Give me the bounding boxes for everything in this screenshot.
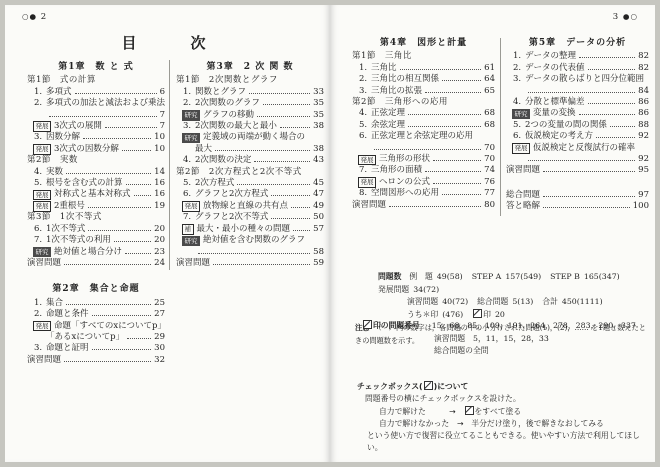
entry-page-number: 35 bbox=[313, 110, 324, 121]
stat-name: 発展問題 bbox=[378, 285, 409, 294]
entry-page-number: 92 bbox=[638, 154, 649, 165]
entry-page-number: 59 bbox=[313, 258, 324, 269]
toc-entry: 3.因数分解10 bbox=[27, 132, 165, 143]
toc-entry: 2.多項式の加法と減法および乗法7 bbox=[27, 98, 165, 121]
stat-item: 合計450(1111) bbox=[542, 297, 602, 306]
dot-leader bbox=[257, 116, 310, 117]
checkbox-pen-icon bbox=[473, 309, 482, 318]
entry-title: 1次不等式の利用 bbox=[46, 235, 111, 246]
entry-title: データの散らばりと四分位範囲 bbox=[525, 74, 644, 85]
marked-label: 印の問題番号 bbox=[373, 321, 420, 330]
toc-entry: 5.2次方程式45 bbox=[176, 178, 324, 189]
dot-leader bbox=[105, 127, 157, 128]
toc-entry: 発展ヘロンの公式76 bbox=[352, 177, 495, 188]
toc-entry: 発展放物線と直線の共有点49 bbox=[176, 201, 324, 212]
checkbox-pen-icon bbox=[465, 406, 474, 415]
entry-page-number: 82 bbox=[638, 63, 649, 74]
entry-page-number: 95 bbox=[638, 165, 649, 176]
stat-value: 40(72) bbox=[442, 297, 468, 306]
stat-item: 例 題49(58) bbox=[409, 272, 462, 281]
dot-leader bbox=[579, 114, 636, 115]
stat-name: 例 題 bbox=[409, 272, 432, 281]
entry-number: 7. bbox=[27, 235, 46, 246]
toc-entry: 発展3次式の因数分解10 bbox=[27, 144, 165, 155]
entry-title: 関数とグラフ bbox=[195, 87, 246, 98]
dot-leader bbox=[254, 161, 310, 162]
dot-leader bbox=[543, 171, 635, 172]
entry-page-number: 23 bbox=[154, 247, 165, 258]
dot-leader bbox=[88, 207, 151, 208]
entry-title: 絶対値を含む関数のグラフ bbox=[203, 235, 305, 246]
entry-title: グラフと2次方程式 bbox=[195, 189, 268, 200]
toc-entry: 3.データの散らばりと四分位範囲84 bbox=[506, 74, 649, 97]
entry-title: 空間図形への応用 bbox=[371, 188, 439, 199]
toc-entry: 3.2次関数の最大と最小38 bbox=[176, 121, 324, 132]
dot-leader bbox=[263, 104, 310, 105]
label-badge: 研究 bbox=[182, 236, 200, 247]
toc-entry: 1.三角比61 bbox=[352, 63, 495, 74]
entry-title: データの整理 bbox=[525, 51, 576, 62]
entry-title: 根号を含む式の計算 bbox=[46, 178, 123, 189]
entry-page-number: 68 bbox=[484, 120, 495, 131]
column-divider bbox=[500, 38, 501, 216]
toc-column-1: 第1章 数 と 式第1節 式の計算1.多項式62.多項式の加法と減法および乗法7… bbox=[27, 60, 165, 366]
stat-name: STEP B bbox=[550, 272, 580, 281]
stat-name: 総合問題 bbox=[477, 297, 508, 306]
entry-number: 2. bbox=[27, 98, 46, 109]
entry-page-number: 10 bbox=[154, 144, 165, 155]
entry-page-number: 88 bbox=[638, 120, 649, 131]
dot-leader bbox=[543, 196, 635, 197]
entry-title: 絶対値と場合分け bbox=[54, 247, 122, 258]
section-heading: 第1節 式の計算 bbox=[27, 75, 165, 86]
section-heading: 第2節 2次方程式と2次不等式 bbox=[176, 167, 324, 178]
toc-entry: 6.グラフと2次方程式47 bbox=[176, 189, 324, 200]
entry-title: 命題「すべてのxについてp」 bbox=[54, 321, 166, 332]
stat-value: 34(72) bbox=[413, 285, 439, 294]
toc-entry: 4.正弦定理68 bbox=[352, 108, 495, 119]
toc-entry: 発展命題「すべてのxについてp」「あるxについてp」29 bbox=[27, 321, 165, 344]
section-heading: 第3節 1次不等式 bbox=[27, 212, 165, 223]
toc-entry: 1.多項式6 bbox=[27, 87, 165, 98]
dot-leader bbox=[408, 126, 481, 127]
stat-value: 450(1111) bbox=[562, 297, 603, 306]
entry-number: 2. bbox=[27, 309, 46, 320]
entry-page-number: 86 bbox=[638, 108, 649, 119]
dot-leader bbox=[596, 137, 635, 138]
entry-number: 5. bbox=[352, 120, 371, 131]
marked-numbers: 15，68，85，109，191，264，278，283，290，337 bbox=[432, 321, 636, 330]
toc-entry: 6.1次不等式20 bbox=[27, 224, 165, 235]
label-badge: 発展 bbox=[33, 144, 51, 155]
entry-title-continued: 「あるxについてp」 bbox=[46, 332, 124, 343]
toc-entry: 4.実数14 bbox=[27, 167, 165, 178]
toc-entry: 6.仮説検定の考え方92 bbox=[506, 131, 649, 142]
entry-number: 3. bbox=[352, 86, 371, 97]
dot-leader bbox=[588, 103, 636, 104]
chapter-heading: 第5章 データの分析 bbox=[506, 38, 649, 49]
toc-entry: 5.余弦定理68 bbox=[352, 120, 495, 131]
entry-title: 分散と標準偏差 bbox=[525, 97, 585, 108]
entry-title: 3次式の因数分解 bbox=[54, 144, 119, 155]
entry-number: 4. bbox=[27, 167, 46, 178]
dot-leader bbox=[291, 207, 310, 208]
dot-leader bbox=[425, 171, 481, 172]
label-badge: 発展 bbox=[33, 121, 51, 132]
entry-number: 1. bbox=[27, 298, 46, 309]
dot-leader bbox=[425, 92, 481, 93]
entry-page-number: 20 bbox=[154, 224, 165, 235]
entry-title: 演習問題 bbox=[352, 200, 386, 211]
entry-number: 3. bbox=[176, 121, 195, 132]
entry-page-number: 16 bbox=[154, 178, 165, 189]
page-number-right: 3 bbox=[613, 12, 619, 22]
entry-title: 演習問題 bbox=[27, 355, 61, 366]
entry-title: 演習問題 bbox=[506, 165, 540, 176]
page-header-right: 3 ●○ bbox=[613, 12, 638, 22]
entry-page-number: 47 bbox=[313, 189, 324, 200]
toc-entry: 2.命題と条件27 bbox=[27, 309, 165, 320]
entry-title: 三角比の拡張 bbox=[371, 86, 422, 97]
entry-page-number: 61 bbox=[484, 63, 495, 74]
dot-leader bbox=[293, 230, 310, 231]
label-badge: 発展 bbox=[358, 155, 376, 166]
checkbox-note-line-3: 自力で解けなかった → 半分だけ塗り，後で解きなおしてみる bbox=[357, 418, 647, 430]
toc-entry: 発展2重根号19 bbox=[27, 201, 165, 212]
toc-entry: 発展仮説検定と反復試行の確率92 bbox=[506, 143, 649, 166]
label-badge: 発展 bbox=[33, 201, 51, 212]
toc-entry: 2.三角比の相互関係64 bbox=[352, 74, 495, 85]
entry-title: 定義域の両端が動く場合の bbox=[203, 132, 305, 143]
entry-title: 3次式の展開 bbox=[54, 121, 102, 132]
label-badge: 研究 bbox=[512, 109, 530, 120]
toc-entry: 演習問題59 bbox=[176, 258, 324, 269]
stat-name: 印 bbox=[483, 310, 491, 319]
entry-page-number: 65 bbox=[484, 86, 495, 97]
section-heading: 第2節 実数 bbox=[27, 155, 165, 166]
entry-number: 1. bbox=[176, 87, 195, 98]
toc-entry: 5.根号を含む式の計算16 bbox=[27, 178, 165, 189]
dot-leader bbox=[528, 160, 635, 161]
label-badge: 発展 bbox=[33, 190, 51, 201]
entry-title: 演習問題 bbox=[27, 258, 61, 269]
dot-leader bbox=[433, 160, 481, 161]
entry-number: 3. bbox=[506, 74, 525, 85]
dot-leader bbox=[75, 93, 157, 94]
dot-leader bbox=[442, 194, 481, 195]
entry-number: 1. bbox=[27, 87, 46, 98]
label-badge: 補 bbox=[182, 224, 194, 235]
checkbox-note-line-2: 自力で解けた → をすべて塗る bbox=[357, 406, 647, 418]
entry-title: 2次関数の最大と最小 bbox=[195, 121, 277, 132]
toc-entry: 7.グラフと2次不等式50 bbox=[176, 212, 324, 223]
entry-page-number: 70 bbox=[484, 154, 495, 165]
toc-entry: 1.関数とグラフ33 bbox=[176, 87, 324, 98]
entry-title: 1次不等式 bbox=[46, 224, 85, 235]
entry-title: 命題と証明 bbox=[46, 343, 89, 354]
entry-number: 1. bbox=[352, 63, 371, 74]
entry-number: 3. bbox=[27, 132, 46, 143]
entry-page-number: 20 bbox=[154, 235, 165, 246]
dot-leader bbox=[442, 80, 481, 81]
marked-line-2: 演習問題 5，11，15，28，33 bbox=[362, 333, 647, 346]
entry-title: 余弦定理 bbox=[371, 120, 405, 131]
stat-item: 演習問題40(72) bbox=[407, 297, 468, 306]
dot-leader bbox=[579, 57, 635, 58]
entry-page-number: 35 bbox=[313, 98, 324, 109]
entry-page-number: 80 bbox=[484, 200, 495, 211]
stat-item: 発展問題34(72) bbox=[378, 285, 439, 294]
toc-entry: 総合問題97 bbox=[506, 190, 649, 201]
entry-title: 仮説検定と反復試行の確率 bbox=[533, 143, 635, 154]
stat-name: STEP A bbox=[472, 272, 502, 281]
entry-title: グラフと2次不等式 bbox=[195, 212, 268, 223]
toc-entry: 研究変量の変換86 bbox=[506, 108, 649, 119]
entry-number: 7. bbox=[176, 212, 195, 223]
entry-title: 放物線と直線の共有点 bbox=[203, 201, 288, 212]
toc-entry: 7.三角形の面積74 bbox=[352, 165, 495, 176]
entry-page-number: 45 bbox=[313, 178, 324, 189]
entry-page-number: 97 bbox=[638, 190, 649, 201]
dot-leader bbox=[114, 241, 151, 242]
dot-leader bbox=[66, 173, 151, 174]
chapter-heading: 第2章 集合と命題 bbox=[27, 284, 165, 295]
entry-number: 2. bbox=[176, 98, 195, 109]
entry-page-number: 7 bbox=[160, 121, 165, 132]
dot-leader bbox=[237, 184, 310, 185]
entry-title: 因数分解 bbox=[46, 132, 80, 143]
stats-label: 問題数 bbox=[378, 272, 401, 281]
toc-entry: 演習問題80 bbox=[352, 200, 495, 211]
toc-entry: 5.2つの変量の間の関係88 bbox=[506, 120, 649, 131]
entry-page-number: 7 bbox=[160, 110, 165, 121]
entry-title: 仮説検定の考え方 bbox=[525, 131, 593, 142]
entry-page-number: 25 bbox=[154, 298, 165, 309]
entry-page-number: 38 bbox=[313, 121, 324, 132]
entry-title: 2つの変量の間の関係 bbox=[525, 120, 607, 131]
toc-entry: 補最大・最小の種々の問題57 bbox=[176, 224, 324, 235]
chapter-heading: 第1章 数 と 式 bbox=[27, 62, 165, 73]
entry-page-number: 57 bbox=[313, 224, 324, 235]
entry-title: 集合 bbox=[46, 298, 63, 309]
entry-title: 三角比 bbox=[371, 63, 397, 74]
entry-title: 演習問題 bbox=[176, 258, 210, 269]
stats-row-2: 演習問題40(72)総合問題5(13)合計450(1111)うち＊印(476)印… bbox=[355, 296, 647, 321]
dot-leader bbox=[408, 114, 481, 115]
entry-page-number: 49 bbox=[313, 201, 324, 212]
entry-number: 7. bbox=[352, 165, 371, 176]
stat-name: うち＊印 bbox=[407, 310, 438, 319]
entry-title: 三角形の面積 bbox=[371, 165, 422, 176]
entry-title: ヘロンの公式 bbox=[379, 177, 430, 188]
toc-column-3: 第4章 図形と計量第1節 三角比1.三角比612.三角比の相互関係643.三角比… bbox=[352, 36, 495, 211]
toc-entry: 8.空間図形への応用77 bbox=[352, 188, 495, 199]
dot-leader bbox=[543, 207, 630, 208]
toc-entry: 演習問題24 bbox=[27, 258, 165, 269]
dot-leader bbox=[374, 149, 481, 150]
dot-leader bbox=[125, 253, 151, 254]
entry-page-number: 33 bbox=[313, 87, 324, 98]
stat-item: うち＊印(476) bbox=[407, 310, 463, 319]
book-spread: ○● 2 3 ●○ 目 次 第1章 数 と 式第1節 式の計算1.多項式62.多… bbox=[0, 0, 660, 467]
entry-number: 5. bbox=[506, 120, 525, 131]
dot-leader bbox=[198, 253, 310, 254]
entry-page-number: 76 bbox=[484, 177, 495, 188]
dot-leader bbox=[66, 304, 151, 305]
page-number-left: 2 bbox=[41, 12, 47, 22]
marked-problems: 印の問題番号15，68，85，109，191，264，278，283，290，3… bbox=[362, 320, 647, 358]
entry-number: 3. bbox=[27, 343, 46, 354]
toc-entry: 発展対称式と基本対称式16 bbox=[27, 189, 165, 200]
page-marker-icons: ●○ bbox=[623, 12, 638, 21]
entry-title: 総合問題 bbox=[506, 190, 540, 201]
stat-name: 合計 bbox=[542, 297, 558, 306]
dot-leader bbox=[400, 69, 482, 70]
toc-entry: 7.1次不等式の利用20 bbox=[27, 235, 165, 246]
toc-entry: 研究グラフの移動35 bbox=[176, 110, 324, 121]
label-badge: 研究 bbox=[182, 110, 200, 121]
entry-page-number: 64 bbox=[484, 74, 495, 85]
dot-leader bbox=[271, 195, 310, 196]
entry-number: 4. bbox=[176, 155, 195, 166]
entry-page-number: 74 bbox=[484, 165, 495, 176]
dot-leader bbox=[64, 264, 151, 265]
section-heading: 第2節 三角形への応用 bbox=[352, 97, 495, 108]
toc-column-4: 第5章 データの分析1.データの整理822.データの代表値823.データの散らば… bbox=[506, 36, 649, 213]
dot-leader bbox=[280, 127, 310, 128]
checkbox-note-line-4: という使い方で復習に役立てることもできる。使いやすい方法で利用してほしい。 bbox=[357, 430, 647, 455]
entry-number: 2. bbox=[506, 63, 525, 74]
label-badge: 研究 bbox=[182, 133, 200, 144]
label-badge: 発展 bbox=[33, 321, 51, 332]
toc-entry: 1.集合25 bbox=[27, 298, 165, 309]
stat-item: 印20 bbox=[472, 310, 505, 319]
checkbox-note: チェックボックス()について 問題番号の横にチェックボックスを設けた。 自力で解… bbox=[357, 381, 647, 455]
stats-row-1: 問題数例 題49(58)STEP A157(549)STEP B165(347)… bbox=[355, 271, 647, 296]
dot-leader bbox=[249, 93, 310, 94]
entry-page-number: 19 bbox=[154, 201, 165, 212]
entry-title: 三角比の相互関係 bbox=[371, 74, 439, 85]
entry-page-number: 27 bbox=[154, 309, 165, 320]
label-badge: 発展 bbox=[358, 177, 376, 188]
entry-page-number: 86 bbox=[638, 97, 649, 108]
entry-page-number: 50 bbox=[313, 212, 324, 223]
dot-leader bbox=[528, 92, 635, 93]
checkbox-note-title: チェックボックス()について bbox=[357, 381, 647, 393]
dot-leader bbox=[271, 218, 310, 219]
marked-line-1: 印の問題番号15，68，85，109，191，264，278，283，290，3… bbox=[362, 320, 647, 333]
entry-page-number: 58 bbox=[313, 247, 324, 258]
entry-title: 三角形の形状 bbox=[379, 154, 430, 165]
toc-gap bbox=[27, 269, 165, 282]
entry-title: 対称式と基本対称式 bbox=[54, 189, 131, 200]
entry-title: 多項式 bbox=[46, 87, 72, 98]
entry-number: 4. bbox=[506, 97, 525, 108]
dot-leader bbox=[88, 230, 151, 231]
entry-number: 2. bbox=[352, 74, 371, 85]
chapter-heading: 第3章 2 次 関 数 bbox=[176, 62, 324, 73]
entry-title-continued: 最大 bbox=[195, 144, 212, 155]
toc-entry: 研究絶対値と場合分け23 bbox=[27, 247, 165, 258]
entry-title: 多項式の加法と減法および乗法 bbox=[46, 98, 165, 109]
section-heading: 第1節 2次関数とグラフ bbox=[176, 75, 324, 86]
toc-entry: 研究絶対値を含む関数のグラフ58 bbox=[176, 235, 324, 258]
entry-page-number: 77 bbox=[484, 188, 495, 199]
entry-title: 実数 bbox=[46, 167, 63, 178]
checkbox-pen-icon bbox=[363, 320, 372, 329]
entry-number: 5. bbox=[176, 178, 195, 189]
dot-leader bbox=[127, 338, 151, 339]
toc-entry: 発展3次式の展開7 bbox=[27, 121, 165, 132]
entry-page-number: 6 bbox=[160, 87, 165, 98]
toc-entry: 演習問題95 bbox=[506, 165, 649, 176]
entry-number: 5. bbox=[27, 178, 46, 189]
entry-title: 2次関数の決定 bbox=[195, 155, 251, 166]
toc-entry: 2.データの代表値82 bbox=[506, 63, 649, 74]
dot-leader bbox=[134, 195, 152, 196]
entry-title: 2重根号 bbox=[54, 201, 85, 212]
entry-page-number: 68 bbox=[484, 108, 495, 119]
dot-leader bbox=[83, 138, 151, 139]
entry-title: 答と略解 bbox=[506, 201, 540, 212]
column-divider bbox=[169, 60, 170, 270]
entry-title: 2次関数のグラフ bbox=[195, 98, 260, 109]
entry-number: 1. bbox=[506, 51, 525, 62]
entry-page-number: 32 bbox=[154, 355, 165, 366]
dot-leader bbox=[126, 184, 152, 185]
marked-line-3: 総合問題の全問 bbox=[362, 345, 647, 358]
dot-leader bbox=[588, 69, 636, 70]
dot-leader bbox=[433, 183, 481, 184]
entry-number: 4. bbox=[352, 108, 371, 119]
checkbox-pen-icon bbox=[424, 381, 433, 390]
checkbox-note-line-1: 問題番号の横にチェックボックスを設けた。 bbox=[357, 393, 647, 405]
toc-entry: 研究定義域の両端が動く場合の最大38 bbox=[176, 132, 324, 155]
chapter-heading: 第4章 図形と計量 bbox=[352, 38, 495, 49]
stat-item: 総合問題5(13) bbox=[477, 297, 533, 306]
dot-leader bbox=[389, 206, 481, 207]
entry-page-number: 10 bbox=[154, 132, 165, 143]
dot-leader bbox=[610, 126, 635, 127]
entry-number: 6. bbox=[352, 131, 371, 142]
stat-value: (476) bbox=[442, 310, 463, 319]
entry-number: 8. bbox=[352, 188, 371, 199]
entry-page-number: 70 bbox=[484, 143, 495, 154]
entry-number: 6. bbox=[176, 189, 195, 200]
entry-title: 2次方程式 bbox=[195, 178, 234, 189]
page-header-left: ○● 2 bbox=[22, 12, 47, 22]
entry-page-number: 30 bbox=[154, 343, 165, 354]
toc-gap bbox=[506, 177, 649, 190]
toc-entry: 4.2次関数の決定43 bbox=[176, 155, 324, 166]
toc-entry: 6.正弦定理と余弦定理の応用70 bbox=[352, 131, 495, 154]
stat-name: 演習問題 bbox=[407, 297, 438, 306]
dot-leader bbox=[122, 150, 151, 151]
entry-page-number: 84 bbox=[638, 86, 649, 97]
entry-title: 正弦定理 bbox=[371, 108, 405, 119]
toc-entry: 2.2次関数のグラフ35 bbox=[176, 98, 324, 109]
toc-entry: 発展三角形の形状70 bbox=[352, 154, 495, 165]
entry-title: データの代表値 bbox=[525, 63, 585, 74]
entry-page-number: 82 bbox=[638, 51, 649, 62]
stat-value: 20 bbox=[495, 310, 505, 319]
dot-leader bbox=[215, 150, 310, 151]
entry-page-number: 100 bbox=[633, 201, 649, 212]
toc-entry: 1.データの整理82 bbox=[506, 51, 649, 62]
label-badge: 研究 bbox=[33, 247, 51, 258]
section-heading: 第1節 三角比 bbox=[352, 51, 495, 62]
stat-value: 49(58) bbox=[437, 272, 463, 281]
